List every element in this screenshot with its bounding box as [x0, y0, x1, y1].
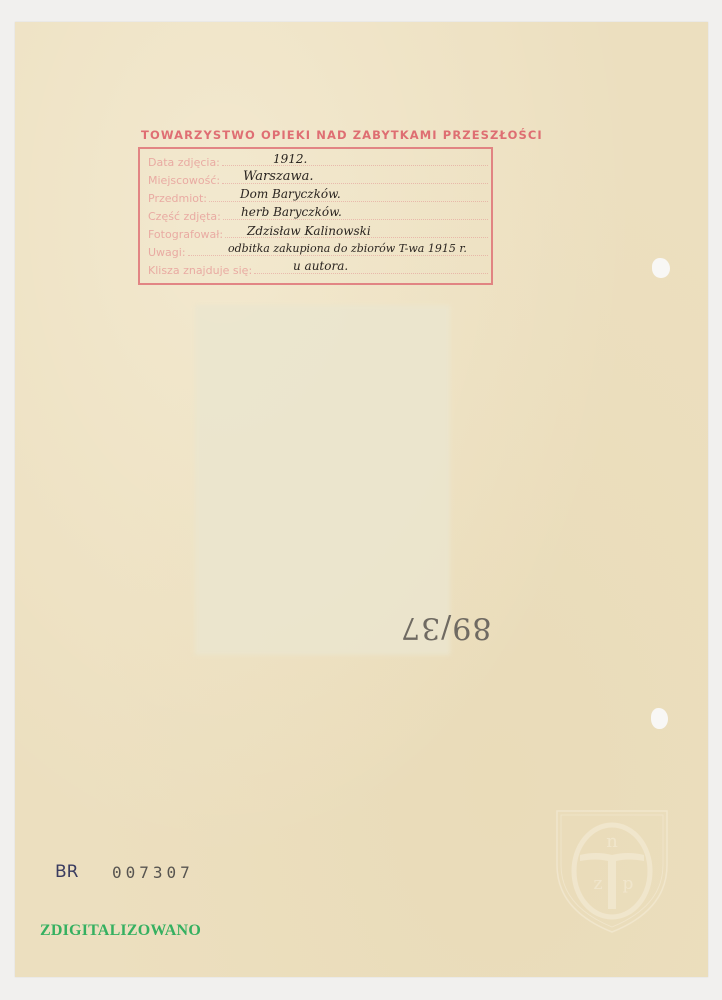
punch-hole-top: [652, 258, 670, 278]
digitized-stamp: ZDIGITALIZOWANO: [40, 922, 201, 940]
punch-hole-bottom: [651, 708, 668, 729]
inventory-number: 007307: [112, 863, 194, 882]
handwritten-subject: Dom Baryczków.: [240, 187, 341, 201]
handwritten-notes: odbitka zakupiona do zbiorów T-wa 1915 r…: [228, 242, 467, 255]
handwritten-date: 1912.: [273, 152, 307, 166]
tonzp-shield-logo-icon: n z p: [552, 805, 672, 935]
collection-prefix: BR: [55, 862, 78, 882]
svg-text:p: p: [623, 874, 634, 894]
handwritten-photographer: Zdzisław Kalinowski: [247, 224, 371, 238]
stamp-label: Miejscowość:: [148, 174, 220, 187]
svg-text:z: z: [594, 874, 603, 894]
stamp-label: Fotografował:: [148, 228, 223, 241]
stamp-row-date: Data zdjęcia:: [148, 152, 488, 169]
stamp-row-place: Miejscowość:: [148, 170, 488, 187]
stamp-header: TOWARZYSTWO OPIEKI NAD ZABYTKAMI PRZESZŁ…: [141, 128, 521, 142]
stamp-label: Przedmiot:: [148, 192, 207, 205]
stamp-label: Data zdjęcia:: [148, 156, 220, 169]
pencil-catalog-note: 89/37: [400, 610, 491, 645]
handwritten-part: herb Baryczków.: [241, 205, 342, 219]
stamp-label: Uwagi:: [148, 246, 186, 259]
faded-photo-imprint: [195, 305, 450, 655]
stamp-label: Część zdjęta:: [148, 210, 221, 223]
handwritten-place: Warszawa.: [243, 169, 313, 184]
svg-text:n: n: [606, 831, 618, 852]
stamp-label: Klisza znajduje się:: [148, 264, 252, 277]
handwritten-negative: u autora.: [293, 259, 348, 273]
photo-reverse-card: TOWARZYSTWO OPIEKI NAD ZABYTKAMI PRZESZŁ…: [15, 22, 708, 977]
